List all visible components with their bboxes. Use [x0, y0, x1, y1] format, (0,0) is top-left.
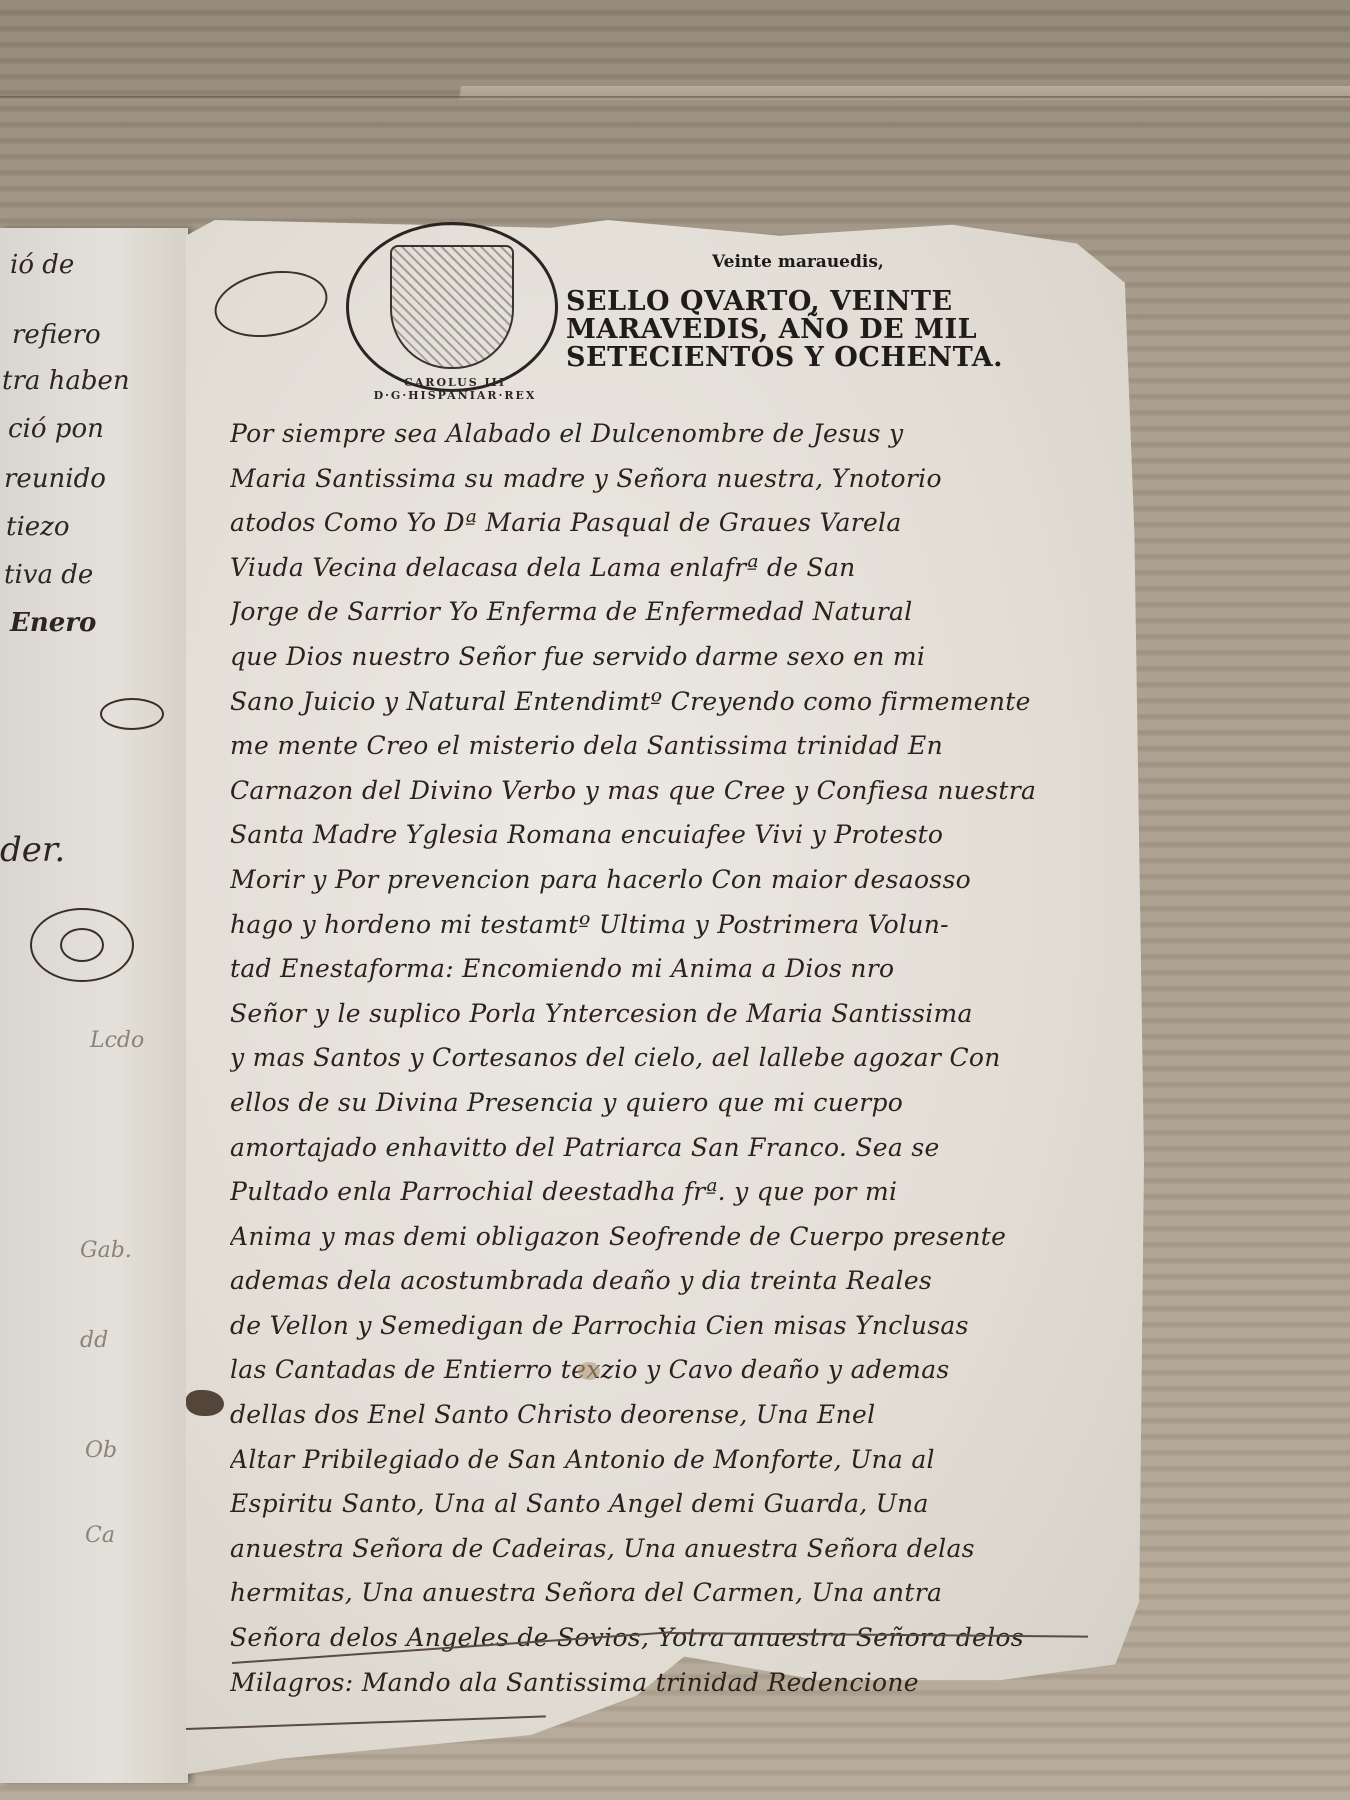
- text-line: Altar Pribilegiado de San Antonio de Mon…: [230, 1438, 1090, 1483]
- faded-mark: dd: [80, 1328, 108, 1353]
- royal-seal-stamp: [346, 222, 558, 392]
- text-line: dellas dos Enel Santo Christo deorense, …: [230, 1393, 1090, 1438]
- stamp-heading: SELLO QVARTO, VEINTE MARAVEDIS, AÑO DE M…: [566, 288, 1086, 372]
- left-page-line: ió de: [10, 250, 74, 280]
- ink-blot: [186, 1390, 224, 1416]
- text-line: Viuda Vecina delacasa dela Lama enlafrª …: [230, 546, 1090, 591]
- text-line: amortajado enhavitto del Patriarca San F…: [230, 1126, 1090, 1171]
- text-line: anuestra Señora de Cadeiras, Una anuestr…: [230, 1527, 1090, 1572]
- faded-mark: Lcdo: [90, 1028, 144, 1053]
- text-line: ellos de su Divina Presencia y quiero qu…: [230, 1081, 1090, 1126]
- text-line: hermitas, Una anuestra Señora del Carmen…: [230, 1571, 1090, 1616]
- left-page-line: tiezo: [6, 512, 70, 542]
- stamp-heading-line: SETECIENTOS Y OCHENTA.: [566, 344, 1086, 372]
- text-line: Anima y mas demi obligazon Seofrende de …: [230, 1215, 1090, 1260]
- text-line: hago y hordeno mi testamtº Ultima y Post…: [230, 903, 1090, 948]
- stamp-heading-line: MARAVEDIS, AÑO DE MIL: [566, 316, 1086, 344]
- text-line: Señor y le suplico Porla Yntercesion de …: [230, 992, 1090, 1037]
- signature-flourish: [60, 928, 104, 962]
- text-line: Espiritu Santo, Una al Santo Angel demi …: [230, 1482, 1090, 1527]
- text-line: Jorge de Sarrior Yo Enferma de Enfermeda…: [230, 590, 1090, 635]
- coat-of-arms-icon: [390, 245, 514, 369]
- left-page-line: tra haben: [2, 366, 130, 396]
- text-line: Maria Santissima su madre y Señora nuest…: [230, 457, 1090, 502]
- signature-flourish: [100, 698, 164, 730]
- left-page-line: ció pon: [8, 414, 104, 444]
- faded-mark: Ob: [85, 1438, 117, 1463]
- faded-mark: Gab.: [80, 1238, 132, 1263]
- text-line: que Dios nuestro Señor fue servido darme…: [230, 635, 1090, 680]
- text-line: Carnazon del Divino Verbo y mas que Cree…: [230, 769, 1090, 814]
- left-page-line: tiva de: [4, 560, 93, 590]
- text-line: Pultado enla Parrochial deestadha frª. y…: [230, 1170, 1090, 1215]
- text-line: Morir y Por prevencion para hacerlo Con …: [230, 858, 1090, 903]
- text-line: tad Enestaforma: Encomiendo mi Anima a D…: [230, 947, 1090, 992]
- stamp-value-label: Veinte marauedis,: [712, 252, 884, 272]
- text-line: ademas dela acostumbrada deaño y dia tre…: [230, 1259, 1090, 1304]
- left-page-line: refiero: [12, 320, 101, 350]
- left-page-line: Enero: [10, 608, 96, 638]
- left-page-line: reunido: [4, 464, 106, 494]
- text-line: Milagros: Mando ala Santissima trinidad …: [230, 1661, 1090, 1706]
- text-line: las Cantadas de Entierro texzio y Cavo d…: [230, 1348, 1090, 1393]
- left-page-fragment: ió de refiero tra haben ció pon reunido …: [0, 228, 188, 1783]
- paper-stain: [578, 1362, 600, 1380]
- cardboard-fold-line: [0, 96, 1350, 100]
- text-line: Por siempre sea Alabado el Dulcenombre d…: [230, 412, 1090, 457]
- seal-legend: CAROLUS III D·G·HISPANIAR·REX: [360, 376, 550, 402]
- left-page-signature: der.: [0, 830, 65, 870]
- handwritten-text: Por siempre sea Alabado el Dulcenombre d…: [230, 412, 1090, 1705]
- text-line: Santa Madre Yglesia Romana encuiafee Viv…: [230, 813, 1090, 858]
- text-line: Sano Juicio y Natural Entendimtº Creyend…: [230, 680, 1090, 725]
- text-line: me mente Creo el misterio dela Santissim…: [230, 724, 1090, 769]
- faded-mark: Ca: [85, 1523, 115, 1548]
- text-line: atodos Como Yo Dª Maria Pasqual de Graue…: [230, 501, 1090, 546]
- text-line: y mas Santos y Cortesanos del cielo, ael…: [230, 1036, 1090, 1081]
- text-line: de Vellon y Semedigan de Parrochia Cien …: [230, 1304, 1090, 1349]
- stamp-heading-line: SELLO QVARTO, VEINTE: [566, 288, 1086, 316]
